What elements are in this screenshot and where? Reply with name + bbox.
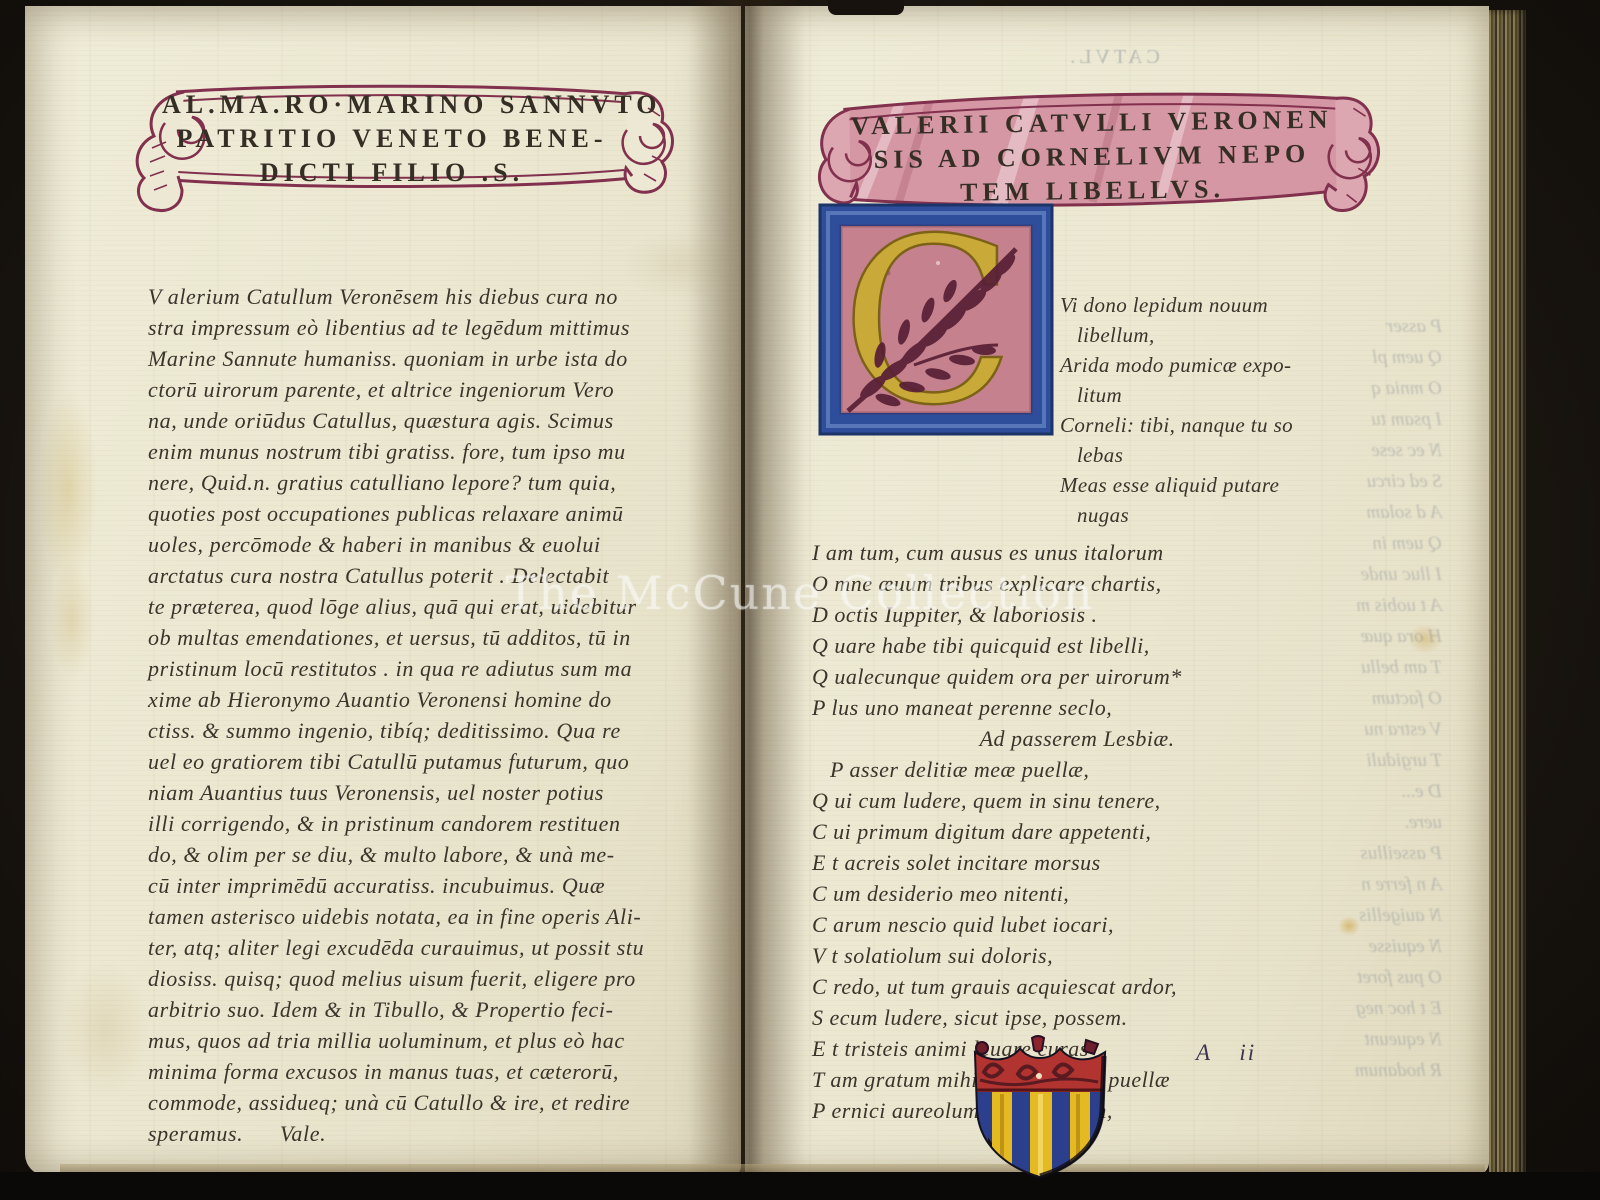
letter-line: commode, assidueq; unà cū Catullo & ire,…: [148, 1087, 728, 1118]
bleed-through-line: A t uobis m: [1292, 590, 1442, 621]
table-surface: [0, 1172, 1600, 1200]
letter-line: speramus. Vale.: [148, 1118, 728, 1149]
letter-line: cū inter imprimēdū accuratiss. incubuimu…: [148, 870, 728, 901]
bleed-through-line: A n ferre n: [1292, 869, 1442, 900]
illuminated-initial: C: [818, 203, 1054, 436]
bleed-through-line: N equisse: [1292, 931, 1442, 962]
banner-title-line: SIS AD CORNELIVM NEPO: [850, 137, 1334, 178]
banner-title-line: PATRITIO VENETO BENE-: [162, 122, 622, 156]
letter-line: tamen asterisco uidebis notata, ea in fi…: [148, 901, 728, 932]
bleed-through-line: Q uem pl: [1292, 342, 1442, 373]
letter-line: do, & olim per se diu, & multo labore, &…: [148, 839, 728, 870]
bleed-through-line: uere.: [1292, 807, 1442, 838]
binding-notch: [828, 0, 904, 15]
banner-title-line: DICTI FILIO .S.: [162, 156, 622, 190]
bleed-through-line: N auigellis: [1292, 900, 1442, 931]
letter-line: mus, quos ad tria millia uoluminum, et p…: [148, 1025, 728, 1056]
bleed-through-line: O factum: [1292, 683, 1442, 714]
letter-line: te præterea, quod lōge alius, quā qui er…: [148, 591, 728, 622]
letter-line: na, unde oriūdus Catullus, quæstura agis…: [148, 405, 728, 436]
coat-of-arms-icon: [960, 1034, 1118, 1186]
letter-line: nere, Quid.n. gratius catulliano lepore?…: [148, 467, 728, 498]
bleed-through-line: T am bellu: [1292, 652, 1442, 683]
letter-line: arctatus cura nostra Catullus poterit . …: [148, 560, 728, 591]
coat-of-arms: [960, 1034, 1118, 1186]
letter-line: niam Auantius tuus Veronensis, uel noste…: [148, 777, 728, 808]
letter-line: illi corrigendo, & in pristinum candorem…: [148, 808, 728, 839]
bleed-through-line: D e...: [1292, 776, 1442, 807]
bleed-through-line: P asseillus: [1292, 838, 1442, 869]
bleed-through-text: P asserQ uem plO mnia qI psam tuN ec ses…: [1292, 218, 1442, 1086]
letter-line: arbitrio suo. Idem & in Tibullo, & Prope…: [148, 994, 728, 1025]
letter-line: quoties post occupationes publicas relax…: [148, 498, 728, 529]
banner-title-line: AL.MA.RO·MARINO SANNVTO: [162, 88, 622, 122]
letter-line: enim munus nostrum tibi gratiss. fore, t…: [148, 436, 728, 467]
letter-line: stra impressum eò libentius ad te legēdu…: [148, 312, 728, 343]
letter-line: Marine Sannute humaniss. quoniam in urbe…: [148, 343, 728, 374]
bleed-through-line: E t hoc neg: [1292, 993, 1442, 1024]
signature-mark: A ii: [1196, 1040, 1256, 1066]
bleed-through-line: I lluc unde: [1292, 559, 1442, 590]
bleed-through-line: H ora quæ: [1292, 621, 1442, 652]
bleed-through-line: N equeunt: [1292, 1024, 1442, 1055]
letter-line: pristinum locū restitutos . in qua re ad…: [148, 653, 728, 684]
bleed-through-line: P asser: [1292, 311, 1442, 342]
bleed-through-line: V estra nu: [1292, 714, 1442, 745]
bleed-through-line: S ed circu: [1292, 466, 1442, 497]
bleed-through-line: N ec sese: [1292, 435, 1442, 466]
bleed-through-line: O mnia q: [1292, 373, 1442, 404]
letter-line: V alerium Catullum Veronēsem his diebus …: [148, 281, 728, 312]
bleed-through-line: Q uem in: [1292, 528, 1442, 559]
letter-line: uel eo gratiorem tibi Catullū putamus fu…: [148, 746, 728, 777]
bleed-through-line: O pus foret: [1292, 962, 1442, 993]
left-banner-title: AL.MA.RO·MARINO SANNVTOPATRITIO VENETO B…: [162, 88, 622, 190]
letter-line: ctorū uirorum parente, et altrice ingeni…: [148, 374, 728, 405]
bleed-through-line: T urgiduli: [1292, 745, 1442, 776]
letter-line: ctiss. & summo ingenio, tibíq; deditissi…: [148, 715, 728, 746]
book-photo: AL.MA.RO·MARINO SANNVTOPATRITIO VENETO B…: [0, 0, 1600, 1200]
letter-line: xime ab Hieronymo Auantio Veronensi homi…: [148, 684, 728, 715]
letter-line: ter, atq; aliter legi excudēda curauimus…: [148, 932, 728, 963]
dedication-letter-text: V alerium Catullum Veronēsem his diebus …: [148, 188, 728, 1149]
letter-line: minima forma excusos in manus tuas, et c…: [148, 1056, 728, 1087]
letter-line: uoles, percōmode & haberi in manibus & e…: [148, 529, 728, 560]
bleed-through-line: A d solam: [1292, 497, 1442, 528]
page-fore-edge: [1489, 10, 1526, 1178]
right-banner-title: VALERII CATVLLI VERONENSIS AD CORNELIVM …: [849, 103, 1334, 212]
bleed-through-line: I psam tu: [1292, 404, 1442, 435]
letter-line: diosiss. quisq; quod melius uisum fuerit…: [148, 963, 728, 994]
letter-line: ob multas emendationes, et uersus, tū ad…: [148, 622, 728, 653]
bleed-through-line: R hodanum: [1292, 1055, 1442, 1086]
illuminated-initial-c-icon: C: [818, 203, 1054, 436]
bleed-through-running-head: CATVL.: [1048, 46, 1178, 69]
